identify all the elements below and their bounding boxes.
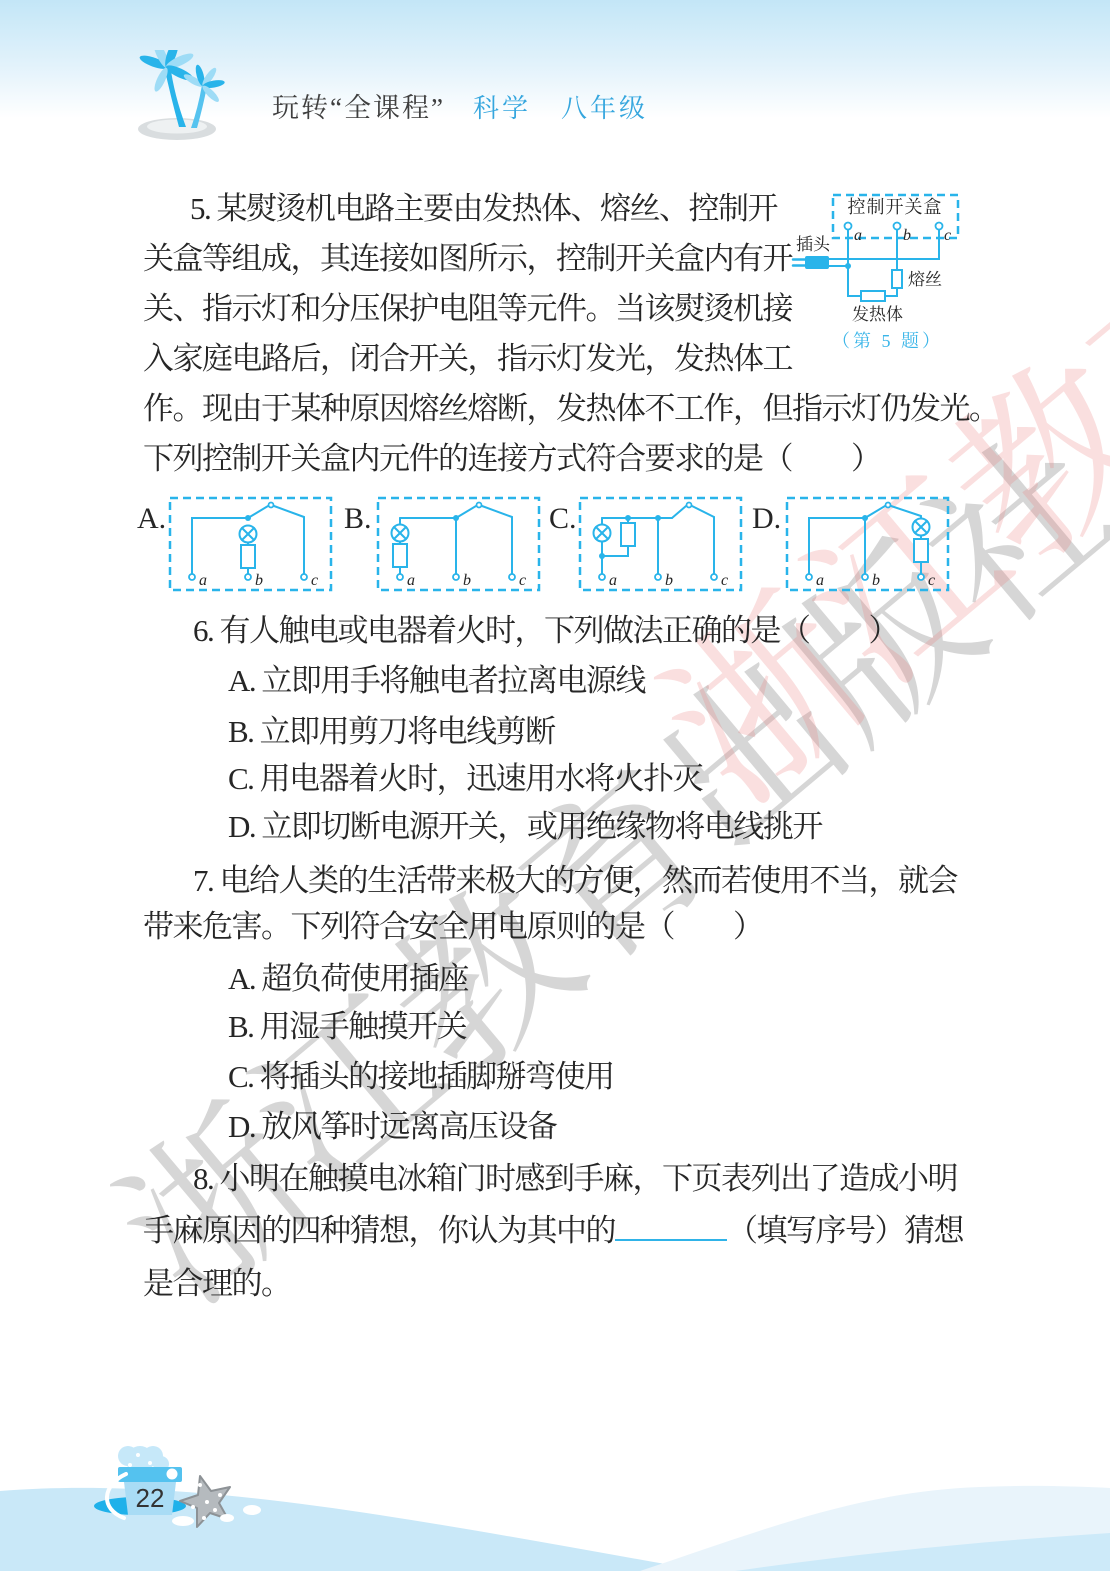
q6-option-d: D. 立即切断电源开关，或用绝缘物将电线挑开: [228, 801, 822, 846]
junction-dot: [845, 263, 851, 269]
wire: [809, 518, 865, 574]
q8-line-1: 8. 小明在触摸电冰箱门时感到手麻，下页表列出了造成小明: [193, 1153, 957, 1198]
q5-line-6: 下列控制开关盒内元件的连接方式符合要求的是（ ）: [143, 433, 881, 478]
series-title: 玩转“全课程”: [272, 93, 445, 123]
page-number: 22: [136, 1483, 165, 1513]
fuse-resistor: [892, 270, 902, 288]
option-c-letter: C.: [549, 502, 577, 536]
plug-icon: [805, 256, 829, 269]
wire: [692, 506, 714, 517]
resistor: [914, 539, 928, 562]
terminal-a-label: a: [609, 572, 617, 589]
q7-option-d: D. 放风筝时远离高压设备: [228, 1101, 556, 1146]
resistor: [241, 545, 255, 568]
terminal-a-label: a: [199, 572, 207, 589]
terminal-a-label: a: [407, 572, 415, 589]
terminal-b: [453, 574, 459, 580]
option-c-circuit: a b c: [578, 496, 743, 592]
q8-line-2-pre: 手麻原因的四种猜想，你认为其中的: [143, 1213, 615, 1248]
switch-contact: [477, 503, 482, 508]
q5-line-3: 关、指示灯和分压保护电阻等元件。当该熨烫机接: [143, 283, 792, 328]
fuse-label: 熔丝: [908, 270, 942, 289]
terminal-a: [397, 574, 403, 580]
switch: [672, 506, 686, 518]
workbook-page: 浙江教育出版社 浙江教育 玩转“全课程” 科学 八年级 5. 某熨烫机电路主要由…: [0, 0, 1110, 1571]
terminal-a: [806, 574, 812, 580]
resistor: [393, 544, 407, 567]
q5-circuit-figure: 控制开关盒 a b c 插头 熔丝 发热体 （第 5 题）: [788, 188, 1018, 358]
page-header: 玩转“全课程” 科学 八年级: [272, 86, 648, 125]
q7-line-2: 带来危害。下列符合安全用电原则的是（ ）: [143, 901, 763, 946]
terminal-c: [509, 574, 515, 580]
q6-title: 6. 有人触电或电器着火时，下列做法正确的是（ ）: [193, 605, 898, 650]
terminal-a: [845, 223, 852, 230]
option-d-circuit: a b c: [785, 496, 950, 592]
q5-line-4: 入家庭电路后，闭合开关，指示灯发光，发热体工: [143, 333, 792, 378]
terminal-a-label: a: [816, 572, 824, 589]
q6-option-a: A. 立即用手将触电者拉离电源线: [228, 655, 645, 700]
terminal-b: [245, 574, 251, 580]
wire: [482, 506, 512, 517]
wire: [891, 506, 921, 516]
q7-line-1: 7. 电给人类的生活带来极大的方便，然而若使用不当，就会: [193, 855, 957, 900]
logo-leaves-1: [138, 50, 195, 93]
switch: [456, 506, 476, 518]
terminal-c-label: c: [944, 227, 951, 244]
q8-line-2-post: （填写序号）猜想: [727, 1213, 963, 1248]
resistor: [621, 523, 635, 546]
terminal-b: [862, 574, 868, 580]
heater-label: 发热体: [852, 305, 903, 324]
terminal-c: [936, 223, 943, 230]
wire-to-c: [829, 230, 939, 259]
q5-line-5: 作。现由于某种原因熔丝熔断，发热体不工作，但指示灯仍发光。: [143, 383, 999, 428]
bubble: [243, 1505, 261, 1515]
terminal-b-label: b: [255, 572, 263, 589]
q7-option-a: A. 超负荷使用插座: [228, 953, 468, 998]
terminal-c: [918, 574, 924, 580]
wire-heater-fuse: [885, 288, 897, 296]
terminal-c-label: c: [928, 572, 935, 589]
option-a-circuit: a b c: [168, 496, 333, 592]
q6-option-c: C. 用电器着火时，迅速用水将火扑灭: [228, 753, 702, 798]
plug-label: 插头: [796, 235, 831, 254]
switch-contact: [269, 503, 274, 508]
terminal-b-label: b: [872, 572, 880, 589]
heater-resistor: [861, 291, 885, 301]
option-a-letter: A.: [137, 502, 166, 536]
terminal-c-label: c: [311, 572, 318, 589]
terminal-b-label: b: [463, 572, 471, 589]
terminal-b-label: b: [903, 227, 911, 244]
terminal-a-label: a: [854, 227, 862, 244]
q7-option-b: B. 用湿手触摸开关: [228, 1001, 466, 1046]
q7-option-c: C. 将插头的接地插脚掰弯使用: [228, 1051, 614, 1096]
q8-line-2: 手麻原因的四种猜想，你认为其中的（填写序号）猜想: [143, 1205, 963, 1250]
q6-option-b: B. 立即用剪刀将电线剪断: [228, 706, 555, 751]
terminal-b-label: b: [665, 572, 673, 589]
bubble: [220, 1514, 234, 1522]
terminal-b: [655, 574, 661, 580]
q5-line-1: 5. 某熨烫机电路主要由发热体、熔丝、控制开: [190, 183, 777, 228]
brand-logo-icon: [115, 50, 250, 145]
wire: [192, 518, 248, 574]
option-b-circuit: a b c: [376, 496, 541, 592]
terminal-c-label: c: [721, 572, 728, 589]
grade-label: 八年级: [561, 94, 648, 123]
option-d-letter: D.: [752, 502, 781, 536]
terminal-a: [189, 574, 195, 580]
terminal-a: [599, 574, 605, 580]
switch: [248, 506, 268, 518]
wire: [602, 546, 628, 556]
q8-line-3: 是合理的。: [143, 1258, 291, 1303]
terminal-b: [894, 223, 901, 230]
switch-contact: [886, 503, 891, 508]
terminal-c: [711, 574, 717, 580]
bubble: [172, 1516, 194, 1526]
q8-fill-in-blank: [615, 1209, 727, 1241]
terminal-c: [301, 574, 307, 580]
wire: [274, 506, 304, 517]
subject-label: 科学: [473, 94, 531, 123]
footer-beach-decoration: 22: [0, 1425, 1110, 1571]
control-box-label: 控制开关盒: [848, 197, 943, 217]
switch: [865, 506, 885, 518]
q5-line-2: 关盒等组成，其连接如图所示，控制开关盒内有开: [143, 233, 792, 278]
figure-caption: （第 5 题）: [832, 331, 943, 351]
switch-contact: [687, 503, 692, 508]
terminal-c-label: c: [519, 572, 526, 589]
option-b-letter: B.: [344, 502, 372, 536]
